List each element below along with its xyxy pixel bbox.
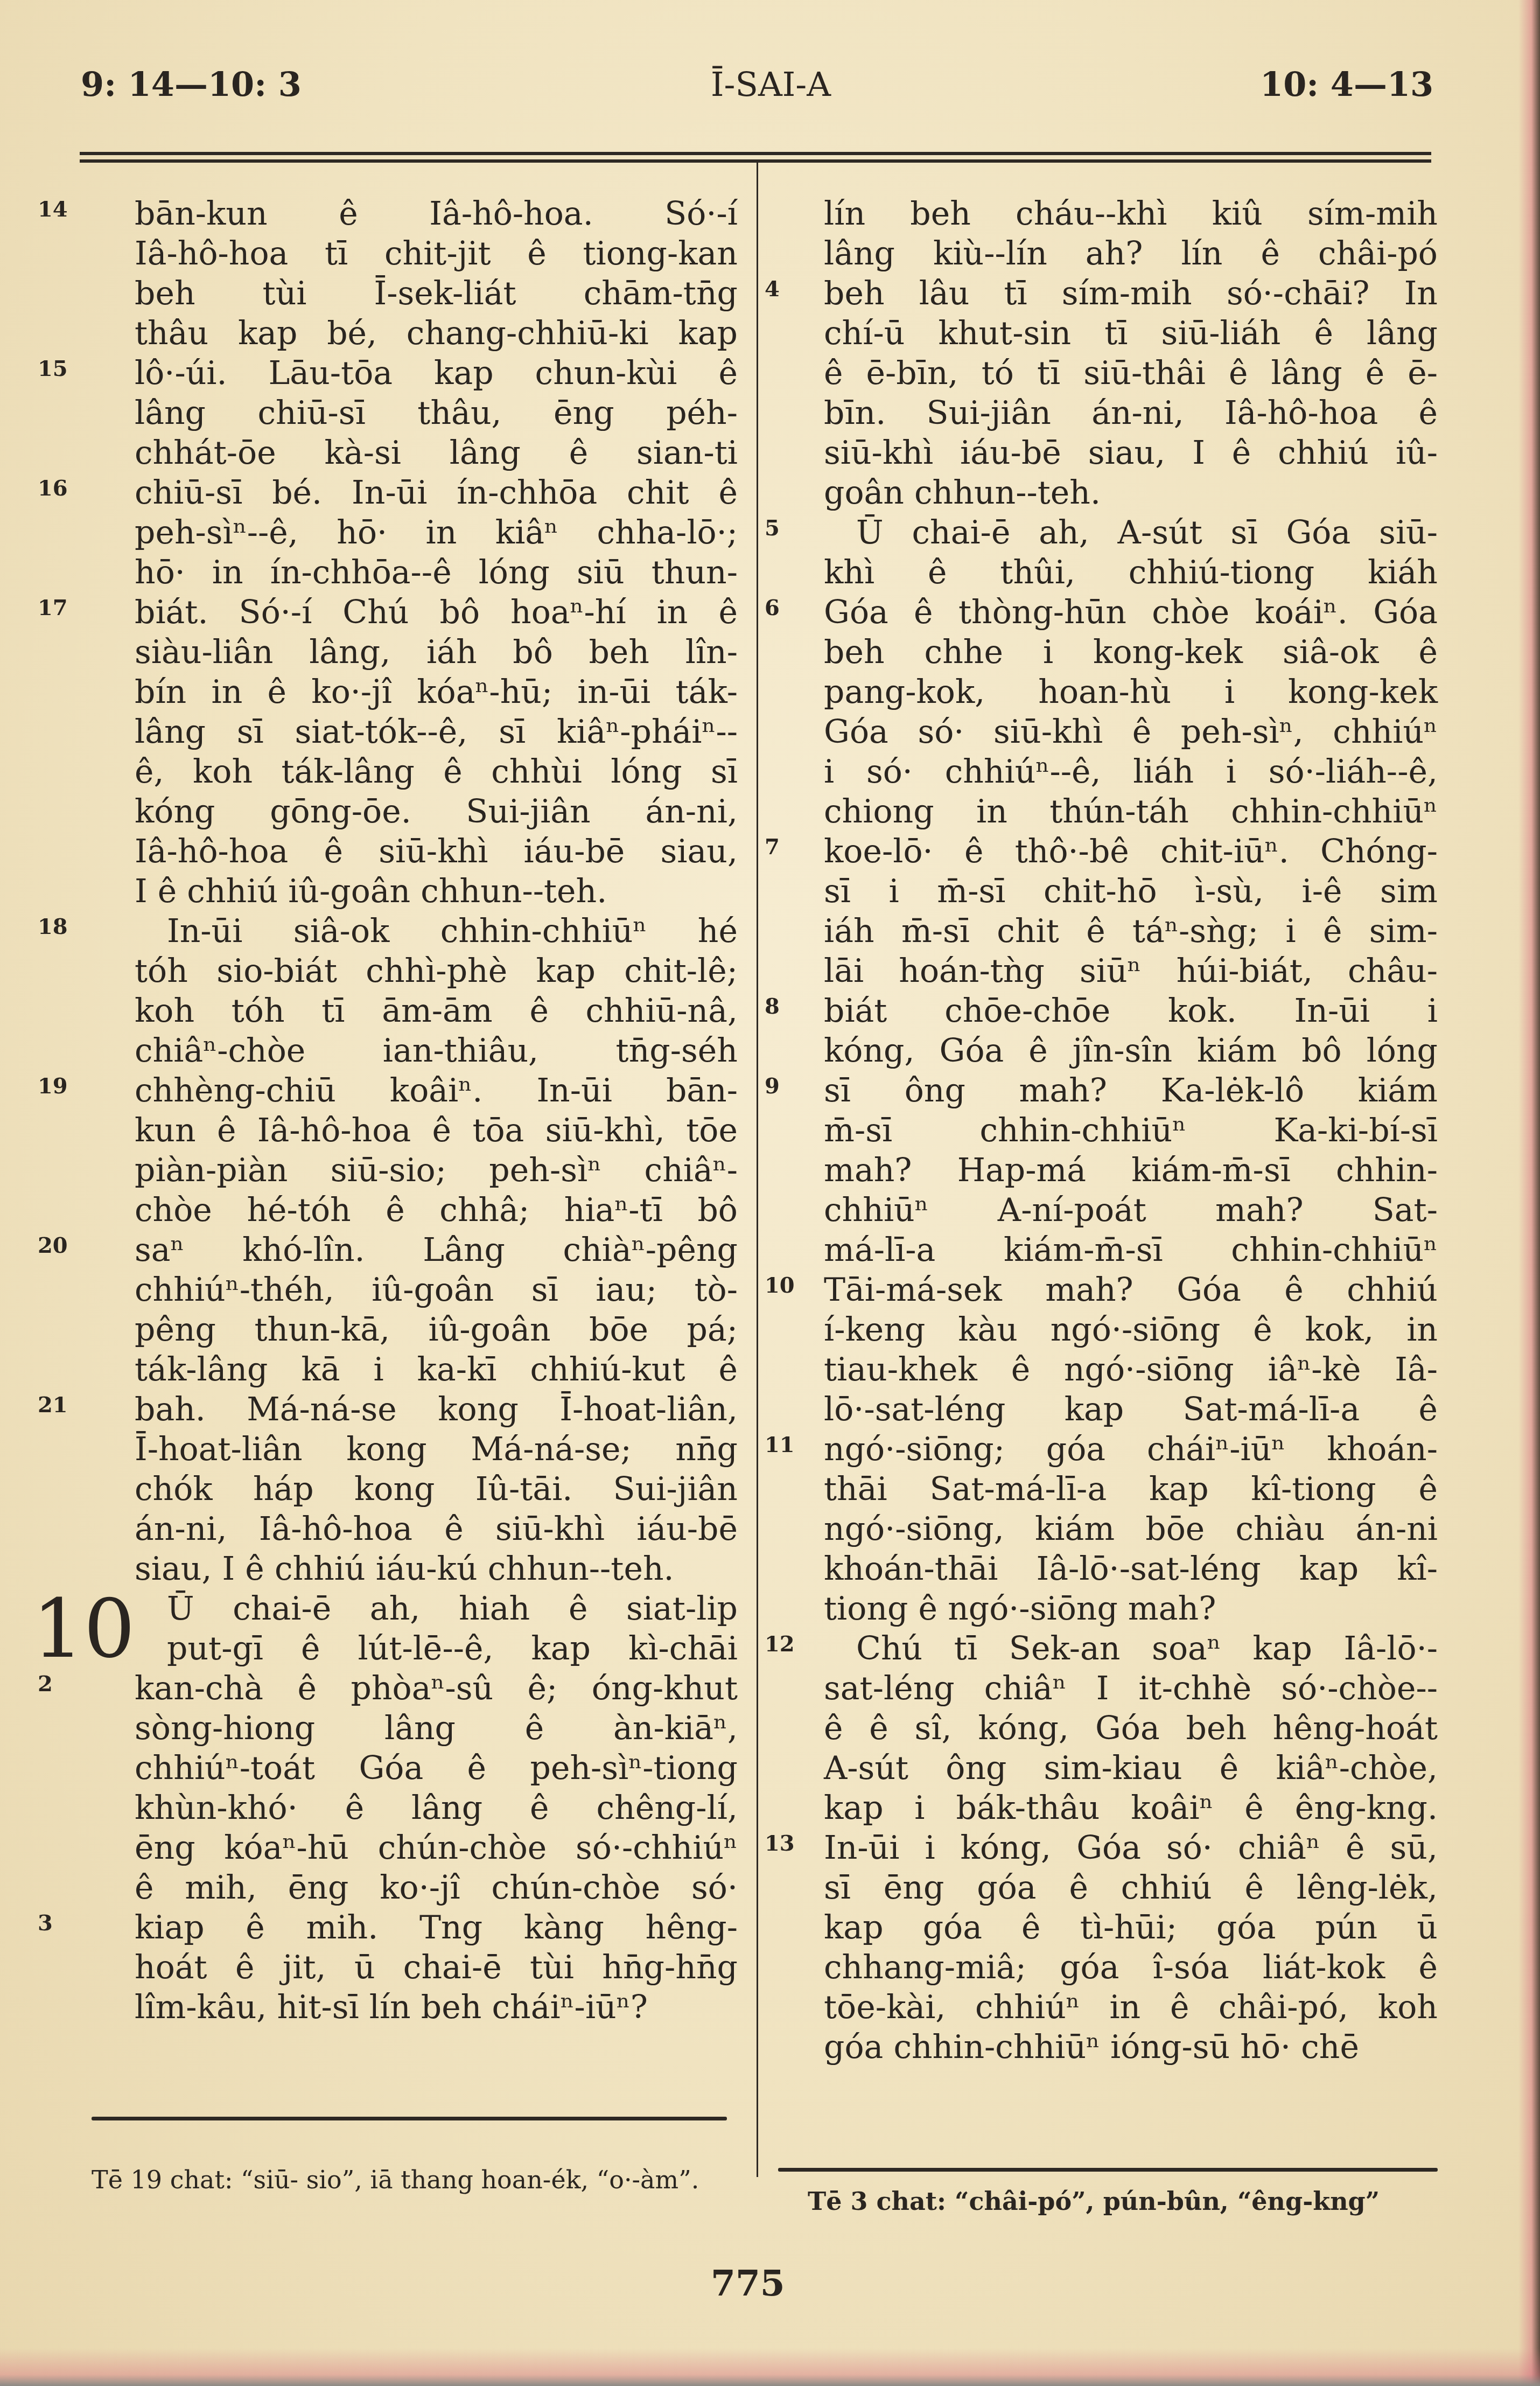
text-line: siau, I ê chhiú iáu-kú chhun--teh. [135,1549,738,1589]
text-line: ê ê sî, kóng, Góa beh hêng-hoát [824,1708,1438,1748]
verse-number: 5 [765,508,818,548]
line-text: sòng-hiong lâng ê àn-kiāⁿ, [135,1710,738,1747]
footnote-left: Tē 19 chat: “siū- sio”, iā thang hoan-ék… [92,2165,727,2194]
text-line: chhiúⁿ-théh, iû-goân sī iau; tò- [135,1270,738,1310]
line-text: tóh sio-biát chhì-phè kap chit-lê; [135,952,738,990]
header-right-reference: 10: 4—13 [1260,65,1433,104]
text-line: thāi Sat-má-lī-a kap kî-tiong ê [824,1469,1438,1509]
column-divider [757,163,758,2177]
text-line: ê ē-bīn, tó tī siū-thâi ê lâng ê ē- [824,353,1438,393]
line-text: lîm-kâu, hit-sī lín beh cháiⁿ-iūⁿ? [135,1989,648,2026]
line-text: Iâ-hô-hoa ê siū-khì iáu-bē siau, [135,833,738,870]
footnote-rule-left [92,2117,727,2120]
line-text: chhang-miâ; góa î-sóa liát-kok ê [824,1949,1438,1986]
verse-number: 18 [38,907,92,947]
line-text: án-ni, Iâ-hô-hoa ê siū-khì iáu-bē [135,1510,738,1548]
text-line: sī ēng góa ê chhiú ê lêng-lėk, [824,1868,1438,1908]
line-text: bín in ê ko·-jî kóaⁿ-hū; in-ūi ták- [135,673,738,711]
line-text: khùn-khó· ê lâng ê chêng-lí, [135,1789,738,1827]
text-line: hō· in ín-chhōa--ê lóng siū thun- [135,553,738,592]
page-number: 775 [711,2262,785,2304]
text-line: 10Tāi-má-sek mah? Góa ê chhiú [824,1270,1438,1310]
line-text: sī ēng góa ê chhiú ê lêng-lėk, [824,1869,1438,1907]
text-line: sòng-hiong lâng ê àn-kiāⁿ, [135,1708,738,1748]
line-text: lín beh cháu--khì kiû sím-mih [824,195,1438,233]
verse-number: 3 [38,1903,92,1943]
line-text: chhiúⁿ-théh, iû-goân sī iau; tò- [135,1271,738,1309]
text-line: sī i m̄-sī chit-hō ì-sù, i-ê sim [824,871,1438,911]
line-text: Iâ-hô-hoa tī chit-jit ê tiong-kan [135,235,738,273]
text-line: lâng sī siat-tók--ê, sī kiâⁿ-pháiⁿ-- [135,712,738,752]
line-text: lâng kiù--lín ah? lín ê châi-pó [824,235,1438,273]
verse-number: 2 [38,1664,92,1704]
verse-number: 12 [765,1624,818,1664]
text-line: kap góa ê tì-hūi; góa pún ū [824,1908,1438,1948]
text-line: chhiūⁿ A-ní-poát mah? Sat- [824,1190,1438,1230]
line-text: Ū chai-ē ah, A-sút sī Góa siū- [856,514,1438,552]
text-line: 14bān-kun ê Iâ-hô-hoa. Só·-í [135,194,738,234]
text-line: lāi hoán-tǹg siūⁿ húi-biát, châu- [824,951,1438,991]
line-text: khì ê thûi, chhiú-tiong kiáh [824,554,1438,591]
text-line: góa chhin-chhiūⁿ ióng-sū hō· chē [824,2027,1438,2067]
verse-number: 21 [38,1385,92,1425]
text-line: lîm-kâu, hit-sī lín beh cháiⁿ-iūⁿ? [135,1987,738,2027]
text-line: beh tùi Ī-sek-liát chām-tn̄g [135,274,738,313]
text-line: í-keng kàu ngó·-siōng ê kok, in [824,1310,1438,1350]
line-text: biát chōe-chōe kok. In-ūi i [824,992,1438,1030]
line-text: put-gī ê lút-lē--ê, kap kì-chāi [167,1630,738,1668]
text-line: 11ngó·-siōng; góa cháiⁿ-iūⁿ khoán- [824,1429,1438,1469]
line-text: biát. Só·-í Chú bô hoaⁿ-hí in ê [135,594,738,631]
text-line: peh-sìⁿ--ê, hō· in kiâⁿ chha-lō·; [135,513,738,553]
line-text: koh tóh tī ām-ām ê chhiū-nâ, [135,992,738,1030]
line-text: Ī-hoat-liân kong Má-ná-se; nn̄g [135,1431,738,1468]
text-line: chí-ū khut-sin tī siū-liáh ê lâng [824,313,1438,353]
line-text: lâng sī siat-tók--ê, sī kiâⁿ-pháiⁿ-- [135,713,738,751]
line-text: hō· in ín-chhōa--ê lóng siū thun- [135,554,738,591]
line-text: ngó·-siōng, kiám bōe chiàu án-ni [824,1510,1438,1548]
line-text: chòe hé-tóh ê chhâ; hiaⁿ-tī bô [135,1191,738,1229]
line-text: pêng thun-kā, iû-goân bōe pá; [135,1311,738,1349]
line-text: chí-ū khut-sin tī siū-liáh ê lâng [824,315,1438,352]
text-line: kóng, Góa ê jîn-sîn kiám bô lóng [824,1031,1438,1071]
text-line: khoán-thāi Iâ-lō·-sat-léng kap kî- [824,1549,1438,1589]
text-line: iáh m̄-sī chit ê táⁿ-sǹg; i ê sim- [824,911,1438,951]
line-text: góa chhin-chhiūⁿ ióng-sū hō· chē [824,2028,1359,2066]
text-line: hoát ê jit, ū chai-ē tùi hn̄g-hn̄g [135,1948,738,1987]
text-line: 8biát chōe-chōe kok. In-ūi i [824,991,1438,1031]
text-line: bín in ê ko·-jî kóaⁿ-hū; in-ūi ták- [135,672,738,712]
line-text: chiong in thún-táh chhin-chhiūⁿ [824,793,1438,831]
text-line: 3kiap ê mih. Tng kàng hêng- [135,1908,738,1948]
text-line: put-gī ê lút-lē--ê, kap kì-chāi [135,1629,738,1669]
text-line: khùn-khó· ê lâng ê chêng-lí, [135,1788,738,1828]
book-page: 9: 14—10: 3 Ī-SAI-A 10: 4—13 14bān-kun ê… [0,0,1540,2386]
line-text: lō·-sat-léng kap Sat-má-lī-a ê [824,1391,1438,1428]
line-text: piàn-piàn siū-sio; peh-sìⁿ chiâⁿ- [135,1152,738,1189]
line-text: beh tùi Ī-sek-liát chām-tn̄g [135,275,738,312]
header-double-rule [80,152,1431,163]
text-line: kap i bák-thâu koâiⁿ ê êng-kng. [824,1788,1438,1828]
line-text: siau, I ê chhiú iáu-kú chhun--teh. [135,1550,674,1588]
line-text: pang-kok, hoan-hù i kong-kek [824,673,1438,711]
text-line: pang-kok, hoan-hù i kong-kek [824,672,1438,712]
page-edge-right [1518,0,1540,2386]
text-line: 9sī ông mah? Ka-lėk-lô kiám [824,1071,1438,1111]
running-head: 9: 14—10: 3 Ī-SAI-A 10: 4—13 [0,65,1540,113]
verse-number: 15 [38,349,92,389]
text-line: kun ê Iâ-hô-hoa ê tōa siū-khì, tōe [135,1111,738,1150]
line-text: ê mih, ēng ko·-jî chún-chòe só· [135,1869,738,1907]
line-text: iáh m̄-sī chit ê táⁿ-sǹg; i ê sim- [824,912,1438,950]
text-line: chòe hé-tóh ê chhâ; hiaⁿ-tī bô [135,1190,738,1230]
line-text: thâu kap bé, chang-chhiū-ki kap [135,315,738,352]
text-line: 2kan-chà ê phòaⁿ-sû ê; óng-khut [135,1669,738,1708]
text-line: 13In-ūi i kóng, Góa só· chiâⁿ ê sū, [824,1828,1438,1868]
verse-number: 16 [38,469,92,508]
line-text: chhát-ōe kà-si lâng ê sian-ti [135,434,738,472]
text-line: koh tóh tī ām-ām ê chhiū-nâ, [135,991,738,1031]
text-line: 18In-ūi siâ-ok chhin-chhiūⁿ hé [135,911,738,951]
text-line: m̄-sī chhin-chhiūⁿ Ka-ki-bí-sī [824,1111,1438,1150]
line-text: lâng chiū-sī thâu, ēng péh- [135,394,738,432]
line-text: ê ê sî, kóng, Góa beh hêng-hoát [824,1710,1438,1747]
line-text: chhèng-chiū koâiⁿ. In-ūi bān- [135,1072,738,1110]
text-line: Iâ-hô-hoa tī chit-jit ê tiong-kan [135,234,738,274]
text-line: sat-léng chiâⁿ I it-chhè só·-chòe-- [824,1669,1438,1708]
text-line: chók háp kong Iû-tāi. Sui-jiân [135,1469,738,1509]
line-text: chiâⁿ-chòe ian-thiâu, tn̄g-séh [135,1032,738,1070]
text-line: i só· chhiúⁿ--ê, liáh i só·-liáh--ê, [824,752,1438,792]
line-text: I ê chhiú iû-goân chhun--teh. [135,873,607,910]
line-text: thāi Sat-má-lī-a kap kî-tiong ê [824,1470,1438,1508]
text-line: Góa só· siū-khì ê peh-sìⁿ, chhiúⁿ [824,712,1438,752]
text-line: lâng kiù--lín ah? lín ê châi-pó [824,234,1438,274]
line-text: In-ūi siâ-ok chhin-chhiūⁿ hé [167,912,738,950]
text-line: piàn-piàn siū-sio; peh-sìⁿ chiâⁿ- [135,1150,738,1190]
line-text: bīn. Sui-jiân án-ni, Iâ-hô-hoa ê [824,394,1438,432]
line-text: ê ē-bīn, tó tī siū-thâi ê lâng ê ē- [824,354,1438,392]
verse-number: 13 [765,1824,818,1864]
line-text: tiong ê ngó·-siōng mah? [824,1590,1216,1628]
header-left-reference: 9: 14—10: 3 [81,65,302,104]
text-line: siàu-liân lâng, iáh bô beh lîn- [135,632,738,672]
text-line: Ī-hoat-liân kong Má-ná-se; nn̄g [135,1429,738,1469]
verse-number: 17 [38,588,92,628]
text-line: khì ê thûi, chhiú-tiong kiáh [824,553,1438,592]
line-text: lāi hoán-tǹg siūⁿ húi-biát, châu- [824,952,1438,990]
text-line: lâng chiū-sī thâu, ēng péh- [135,393,738,433]
verse-number: 9 [765,1066,818,1106]
text-line: 7koe-lō· ê thô·-bê chit-iūⁿ. Chóng- [824,832,1438,871]
text-line: beh chhe i kong-kek siâ-ok ê [824,632,1438,672]
line-text: sat-léng chiâⁿ I it-chhè só·-chòe-- [824,1670,1438,1707]
text-line: ták-lâng kā i ka-kī chhiú-kut ê [135,1350,738,1390]
text-line: 19chhèng-chiū koâiⁿ. In-ūi bān- [135,1071,738,1111]
text-line: lín beh cháu--khì kiû sím-mih [824,194,1438,234]
text-line: pêng thun-kā, iû-goân bōe pá; [135,1310,738,1350]
line-text: m̄-sī chhin-chhiūⁿ Ka-ki-bí-sī [824,1112,1438,1149]
text-line: 12Chú tī Sek-an soaⁿ kap Iâ-lō·- [824,1629,1438,1669]
text-line: ê mih, ēng ko·-jî chún-chòe só· [135,1868,738,1908]
line-text: Góa só· siū-khì ê peh-sìⁿ, chhiúⁿ [824,713,1438,751]
verse-number: 6 [765,588,818,628]
verse-number: 8 [765,987,818,1027]
text-line: mah? Hap-má kiám-m̄-sī chhin- [824,1150,1438,1190]
text-line: chhát-ōe kà-si lâng ê sian-ti [135,433,738,473]
line-text: ták-lâng kā i ka-kī chhiú-kut ê [135,1351,738,1389]
line-text: ê, koh ták-lâng ê chhùi lóng sī [135,753,738,791]
text-line: 21bah. Má-ná-se kong Ī-hoat-liân, [135,1390,738,1429]
line-text: mah? Hap-má kiám-m̄-sī chhin- [824,1152,1438,1189]
text-line: kóng gōng-ōe. Sui-jiân án-ni, [135,792,738,832]
text-line: ngó·-siōng, kiám bōe chiàu án-ni [824,1509,1438,1549]
left-text-column: 14bān-kun ê Iâ-hô-hoa. Só·-íIâ-hô-hoa tī… [135,194,738,2027]
line-text: A-sút ông sim-kiau ê kiâⁿ-chòe, [824,1749,1438,1787]
line-text: kap góa ê tì-hūi; góa pún ū [824,1909,1438,1947]
line-text: bah. Má-ná-se kong Ī-hoat-liân, [135,1391,738,1428]
text-line: 15lô·-úi. Lāu-tōa kap chun-kùi ê [135,353,738,393]
line-text: chhiūⁿ A-ní-poát mah? Sat- [824,1191,1438,1229]
text-line: lō·-sat-léng kap Sat-má-lī-a ê [824,1390,1438,1429]
line-text: bān-kun ê Iâ-hô-hoa. Só·-í [135,195,738,233]
text-line: chhang-miâ; góa î-sóa liát-kok ê [824,1948,1438,1987]
text-line: chiong in thún-táh chhin-chhiūⁿ [824,792,1438,832]
line-text: Ū chai-ē ah, hiah ê siat-lip [167,1590,738,1628]
text-line: Iâ-hô-hoa ê siū-khì iáu-bē siau, [135,832,738,871]
line-text: koe-lō· ê thô·-bê chit-iūⁿ. Chóng- [824,833,1438,870]
line-text: í-keng kàu ngó·-siōng ê kok, in [824,1311,1438,1349]
verse-number: 20 [38,1226,92,1266]
text-line: 4beh lâu tī sím-mih só·-chāi? In [824,274,1438,313]
text-line: chhiúⁿ-toát Góa ê peh-sìⁿ-tiong [135,1748,738,1788]
line-text: kóng, Góa ê jîn-sîn kiám bô lóng [824,1032,1438,1070]
text-line: I ê chhiú iû-goân chhun--teh. [135,871,738,911]
line-text: sī i m̄-sī chit-hō ì-sù, i-ê sim [824,873,1438,910]
footnote-rule-right [778,2168,1438,2172]
line-text: kan-chà ê phòaⁿ-sû ê; óng-khut [135,1670,738,1707]
line-text: beh chhe i kong-kek siâ-ok ê [824,633,1438,671]
line-text: chók háp kong Iû-tāi. Sui-jiân [135,1470,738,1508]
book-title: Ī-SAI-A [711,65,831,104]
text-line: án-ni, Iâ-hô-hoa ê siū-khì iáu-bē [135,1509,738,1549]
line-text: Góa ê thòng-hūn chòe koáiⁿ. Góa [824,594,1438,631]
text-line: tiau-khek ê ngó·-siōng iâⁿ-kè Iâ- [824,1350,1438,1390]
right-text-column: lín beh cháu--khì kiû sím-mihlâng kiù--l… [824,194,1438,2067]
line-text: kiap ê mih. Tng kàng hêng- [135,1909,738,1947]
text-line: ēng kóaⁿ-hū chún-chòe só·-chhiúⁿ [135,1828,738,1868]
line-text: siū-khì iáu-bē siau, I ê chhiú iû- [824,434,1438,472]
line-text: khoán-thāi Iâ-lō·-sat-léng kap kî- [824,1550,1438,1588]
line-text: tōe-kài, chhiúⁿ in ê châi-pó, koh [824,1989,1438,2026]
chapter-number: 10 [32,1589,135,1670]
line-text: peh-sìⁿ--ê, hō· in kiâⁿ chha-lō·; [135,514,738,552]
text-line: A-sút ông sim-kiau ê kiâⁿ-chòe, [824,1748,1438,1788]
text-line: chiâⁿ-chòe ian-thiâu, tn̄g-séh [135,1031,738,1071]
text-line: siū-khì iáu-bē siau, I ê chhiú iû- [824,433,1438,473]
text-line: 20saⁿ khó-lîn. Lâng chiàⁿ-pêng [135,1230,738,1270]
line-text: hoát ê jit, ū chai-ē tùi hn̄g-hn̄g [135,1949,738,1986]
line-text: ngó·-siōng; góa cháiⁿ-iūⁿ khoán- [824,1431,1438,1468]
text-line: bīn. Sui-jiân án-ni, Iâ-hô-hoa ê [824,393,1438,433]
text-line: tóh sio-biát chhì-phè kap chit-lê; [135,951,738,991]
line-text: siàu-liân lâng, iáh bô beh lîn- [135,633,738,671]
text-line: goân chhun--teh. [824,473,1438,513]
text-line: 10Ū chai-ē ah, hiah ê siat-lip [135,1589,738,1629]
line-text: kóng gōng-ōe. Sui-jiân án-ni, [135,793,738,831]
page-edge-bottom [0,2348,1540,2386]
text-line: thâu kap bé, chang-chhiū-ki kap [135,313,738,353]
verse-number: 14 [38,190,92,229]
line-text: sī ông mah? Ka-lėk-lô kiám [824,1072,1438,1110]
line-text: kun ê Iâ-hô-hoa ê tōa siū-khì, tōe [135,1112,738,1149]
line-text: chhiúⁿ-toát Góa ê peh-sìⁿ-tiong [135,1749,738,1787]
line-text: ēng kóaⁿ-hū chún-chòe só·-chhiúⁿ [135,1829,738,1867]
line-text: beh lâu tī sím-mih só·-chāi? In [824,275,1438,312]
text-line: tōe-kài, chhiúⁿ in ê châi-pó, koh [824,1987,1438,2027]
verse-number: 10 [765,1266,818,1306]
text-line: tiong ê ngó·-siōng mah? [824,1589,1438,1629]
footnote-right: Tē 3 chat: “châi-pó”, pún-bûn, “êng-kng” [808,2187,1454,2216]
line-text: saⁿ khó-lîn. Lâng chiàⁿ-pêng [135,1231,738,1269]
line-text: lô·-úi. Lāu-tōa kap chun-kùi ê [135,354,738,392]
line-text: tiau-khek ê ngó·-siōng iâⁿ-kè Iâ- [824,1351,1438,1389]
verse-number: 11 [765,1425,818,1465]
text-line: 16chiū-sī bé. In-ūi ín-chhōa chit ê [135,473,738,513]
line-text: má-lī-a kiám-m̄-sī chhin-chhiūⁿ [824,1231,1438,1269]
text-line: 6Góa ê thòng-hūn chòe koáiⁿ. Góa [824,592,1438,632]
line-text: In-ūi i kóng, Góa só· chiâⁿ ê sū, [824,1829,1438,1867]
line-text: Chú tī Sek-an soaⁿ kap Iâ-lō·- [856,1630,1438,1668]
text-line: má-lī-a kiám-m̄-sī chhin-chhiūⁿ [824,1230,1438,1270]
verse-number: 7 [765,827,818,867]
line-text: Tāi-má-sek mah? Góa ê chhiú [824,1271,1438,1309]
line-text: goân chhun--teh. [824,474,1101,512]
text-line: ê, koh ták-lâng ê chhùi lóng sī [135,752,738,792]
verse-number: 19 [38,1066,92,1106]
line-text: chiū-sī bé. In-ūi ín-chhōa chit ê [135,474,738,512]
text-line: 5Ū chai-ē ah, A-sút sī Góa siū- [824,513,1438,553]
line-text: kap i bák-thâu koâiⁿ ê êng-kng. [824,1789,1438,1827]
line-text: i só· chhiúⁿ--ê, liáh i só·-liáh--ê, [824,753,1438,791]
verse-number: 4 [765,269,818,309]
text-line: 17biát. Só·-í Chú bô hoaⁿ-hí in ê [135,592,738,632]
